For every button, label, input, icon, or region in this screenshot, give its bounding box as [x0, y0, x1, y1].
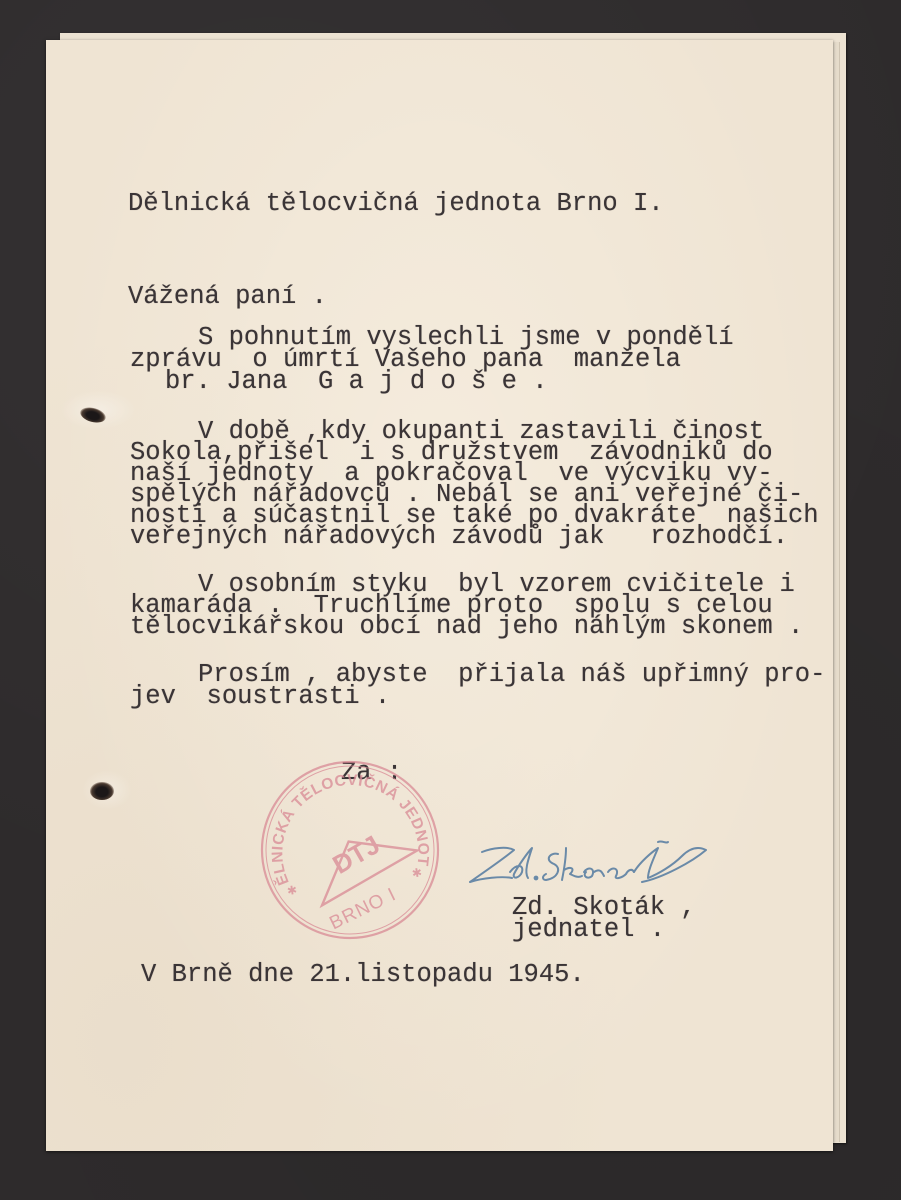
signature-icon [462, 838, 722, 898]
salutation: Vážená paní . [128, 284, 327, 310]
club-stamp: DĚLNICKÁ TĚLOCVIČNÁ JEDNOTA ✱ ✱ DTJ BRNO… [246, 746, 454, 954]
letter-page: Dělnická tělocvičná jednota Brno I. Váže… [46, 40, 833, 1151]
paragraph-4-line-2: jev soustrasti . [130, 684, 390, 710]
signatory-title: jednatel . [512, 917, 665, 943]
paragraph-2-line-6: veřejných nářadových závodů jak rozhodčí… [130, 524, 788, 550]
svg-text:✱: ✱ [411, 865, 423, 880]
letter-heading: Dělnická tělocvičná jednota Brno I. [128, 191, 664, 217]
stamp-bottom-text: BRNO I [326, 884, 399, 934]
punch-hole-bottom [90, 782, 114, 800]
stamp-icon: DĚLNICKÁ TĚLOCVIČNÁ JEDNOTA ✱ ✱ DTJ BRNO… [246, 746, 454, 954]
svg-text:✱: ✱ [286, 883, 298, 898]
sheet-edge [833, 42, 840, 1142]
paragraph-3-line-3: tělocvikářskou obcí nad jeho náhlým skon… [130, 614, 803, 640]
paragraph-1-line-3: br. Jana G a j d o š e . [165, 369, 548, 395]
handwritten-signature [462, 838, 722, 898]
place-date: V Brně dne 21.listopadu 1945. [141, 962, 585, 988]
